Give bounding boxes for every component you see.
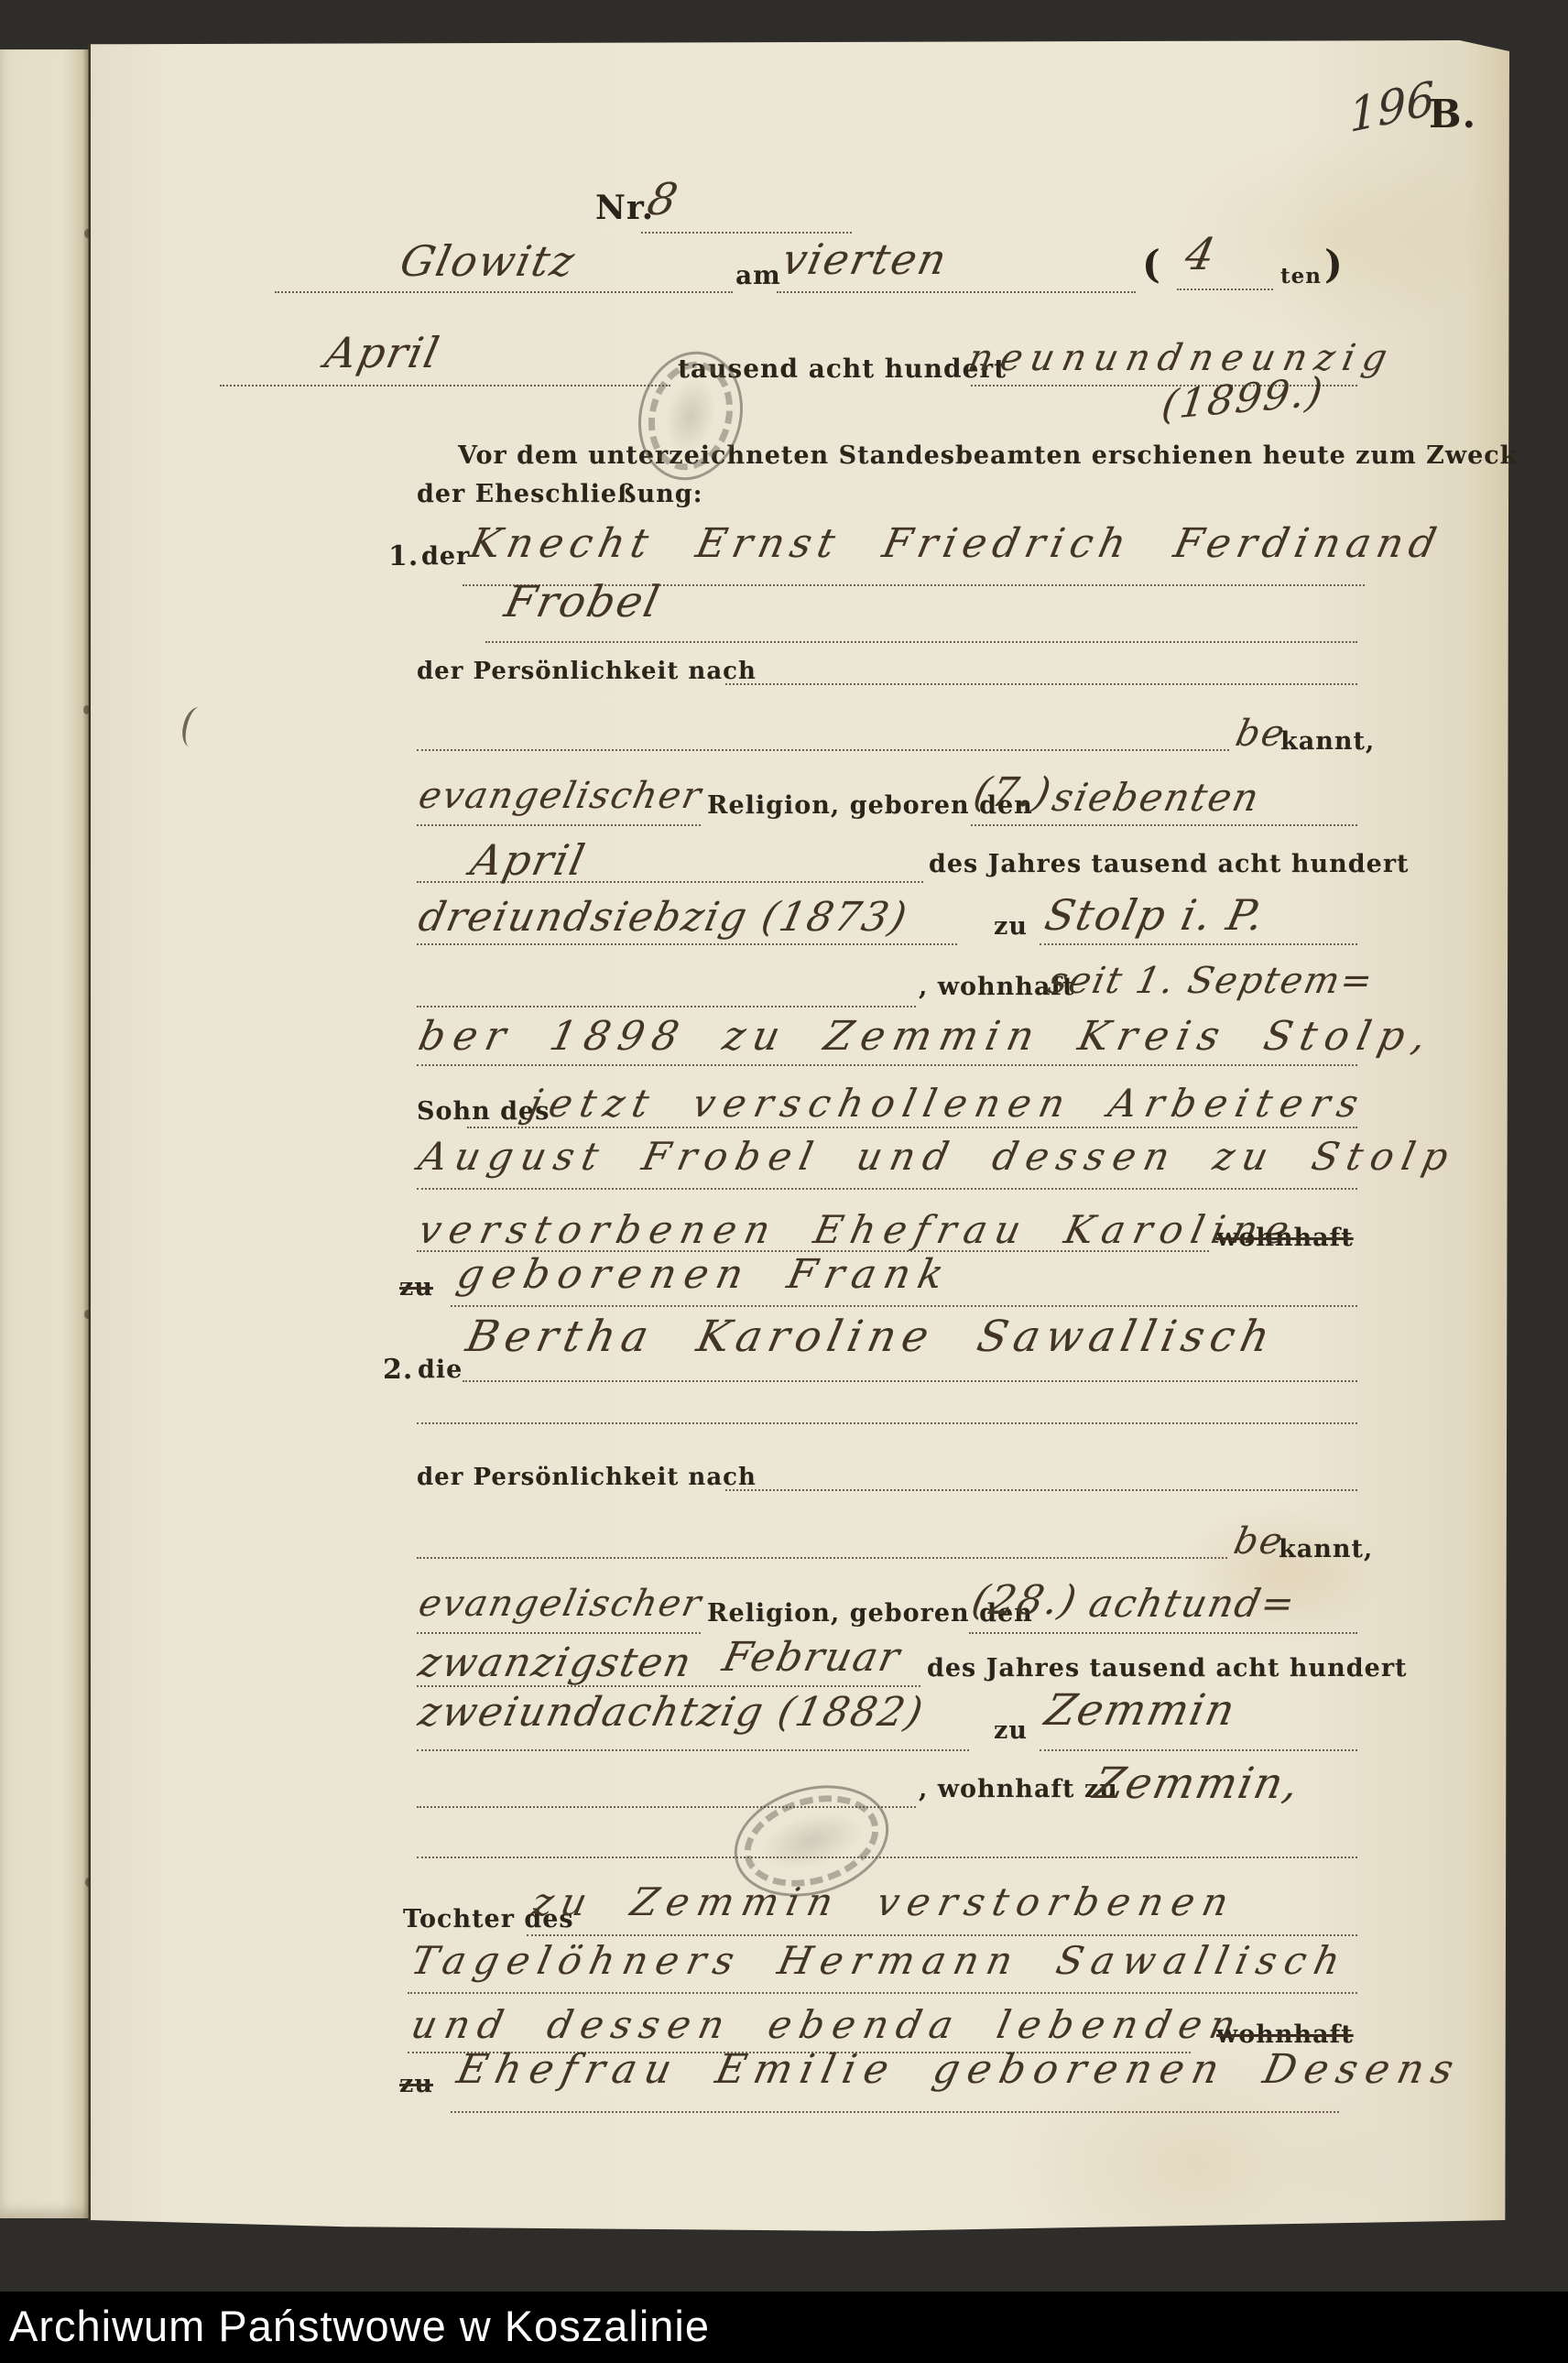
groom-article-label: der <box>421 542 470 571</box>
residence-entry-bride: Zemmin, <box>1089 1759 1305 1809</box>
wohnhaft-struck-bride: wohnhaft <box>1216 2020 1354 2049</box>
birth-year-word-bride: zweiundachtzig (1882) <box>415 1689 929 1736</box>
birth-place-groom: Stolp i. P. <box>1040 890 1269 940</box>
known-label-bride: kannt, <box>1279 1535 1373 1563</box>
zu-struck-groom: zu <box>399 1273 433 1301</box>
binding-stitch <box>84 229 91 238</box>
identity-label-groom: der Persönlichkeit nach <box>417 658 757 685</box>
birth-day-figures-bride: (28.) <box>968 1577 1083 1624</box>
year-word-entry: neunundneunzig <box>964 337 1399 379</box>
dotted-rule <box>417 1557 1227 1559</box>
birth-month-bride: Februar <box>719 1634 906 1681</box>
dotted-rule <box>451 2111 1339 2113</box>
birth-day-figures-groom: (7.) <box>970 769 1057 816</box>
dotted-rule <box>417 1064 1357 1066</box>
bride-father-line-1: zu Zemmin verstorbenen <box>528 1879 1241 1924</box>
known-label-groom: kannt, <box>1280 727 1375 756</box>
dotted-rule <box>1040 943 1357 945</box>
groom-father-line: jetzt verschollenen Arbeiters <box>525 1081 1371 1126</box>
groom-name-line-2: Frobel <box>500 577 665 627</box>
dotted-rule <box>417 1685 920 1687</box>
dotted-rule <box>417 943 957 945</box>
binding-stitch <box>83 705 90 714</box>
dotted-rule <box>777 291 1136 293</box>
day-word-entry: vierten <box>778 234 953 284</box>
dotted-rule <box>451 1305 1357 1307</box>
residence-entry-groom-1: seit 1. Septem= <box>1044 960 1377 1002</box>
dotted-rule <box>417 1422 1357 1424</box>
dotted-rule <box>417 881 923 883</box>
bride-mother-line-1: und dessen ebenda lebenden <box>408 2002 1248 2047</box>
dotted-rule <box>417 1006 916 1007</box>
left-page-edge <box>0 49 89 2218</box>
residence-entry-groom-2: ber 1898 zu Zemmin Kreis Stolp, <box>415 1013 1439 1060</box>
dotted-rule <box>725 1489 1357 1491</box>
binding-stitch <box>84 1310 91 1319</box>
dotted-rule <box>1177 289 1273 290</box>
archive-scan: 196 B. Nr. 8 Glowitz am vierten ( 4 ten … <box>0 0 1568 2363</box>
dotted-rule <box>527 1934 1357 1936</box>
religion-entry-groom: evangelischer <box>415 775 706 817</box>
corner-note-letter: B. <box>1429 92 1476 136</box>
dotted-rule <box>417 1188 1357 1190</box>
groom-parents-line-2: August Frobel und dessen zu Stolp <box>415 1134 1461 1179</box>
dotted-rule <box>417 824 701 826</box>
dotted-rule <box>1040 1749 1357 1751</box>
month-entry: April <box>321 328 445 377</box>
archive-caption-bar: Archiwum Państwowe w Koszalinie <box>0 2292 1568 2363</box>
groom-number-label: 1. <box>388 540 419 572</box>
identity-label-bride: der Persönlichkeit nach <box>417 1464 757 1491</box>
zu-label-groom: zu <box>994 912 1028 941</box>
birth-year-label-bride: des Jahres tausend acht hundert <box>927 1654 1408 1682</box>
dotted-rule <box>463 1380 1357 1382</box>
paren-open: ( <box>1142 242 1161 287</box>
dotted-rule <box>417 1632 701 1634</box>
dotted-rule <box>969 1632 1357 1634</box>
bride-mother-line-2: Ehefrau Emilie geborenen Desens <box>453 2046 1466 2093</box>
dotted-rule <box>417 749 1229 751</box>
dotted-rule <box>467 1127 1357 1128</box>
binding-stitch <box>85 1878 92 1887</box>
dotted-rule <box>725 683 1357 685</box>
wohnhaft-struck-groom: wohnhaft <box>1216 1224 1354 1252</box>
birth-day-word-groom: siebenten <box>1049 775 1265 820</box>
bride-name-line: Bertha Karoline Sawallisch <box>462 1312 1280 1362</box>
day-suffix-label: ten <box>1280 264 1322 289</box>
birth-year-word-groom: dreiundsiebzig (1873) <box>415 894 913 941</box>
groom-mother-maiden-line: geborenen Frank <box>453 1251 956 1298</box>
dotted-rule <box>220 385 670 387</box>
intro-line-1: Vor dem unterzeichneten Standesbeamten e… <box>458 441 1518 470</box>
place-entry: Glowitz <box>396 236 580 286</box>
dotted-rule <box>275 291 733 293</box>
am-label: am <box>735 260 781 290</box>
intro-line-2: der Eheschließung: <box>417 480 703 508</box>
birth-month-groom: April <box>466 835 591 885</box>
dotted-rule <box>971 824 1357 826</box>
birth-day-word1-bride: achtund= <box>1085 1581 1301 1626</box>
dotted-rule <box>641 232 852 234</box>
dotted-rule <box>417 1749 969 1751</box>
bride-article-label: die <box>418 1356 463 1384</box>
dotted-rule <box>408 1992 1357 1994</box>
zu-struck-bride: zu <box>399 2070 433 2098</box>
birth-day-word2-bride: zwanzigsten <box>415 1639 697 1686</box>
birth-place-bride: Zemmin <box>1040 1685 1241 1736</box>
resident-label-bride: , wohnhaft zu <box>919 1775 1118 1803</box>
zu-label-bride: zu <box>994 1716 1028 1745</box>
paren-close: ) <box>1324 242 1344 287</box>
bride-number-label: 2. <box>383 1354 413 1386</box>
archive-caption: Archiwum Państwowe w Koszalinie <box>9 2301 710 2351</box>
birth-year-label-groom: des Jahres tausend acht hundert <box>929 850 1410 878</box>
religion-entry-bride: evangelischer <box>415 1583 706 1625</box>
dotted-rule <box>485 641 1357 643</box>
groom-parents-line-3: verstorbenen Ehefrau Karoline <box>415 1207 1301 1252</box>
bride-father-line-2: Tagelöhners Hermann Sawallisch <box>408 1938 1353 1983</box>
groom-name-line-1: Knecht Ernst Friedrich Ferdinand <box>466 520 1447 567</box>
